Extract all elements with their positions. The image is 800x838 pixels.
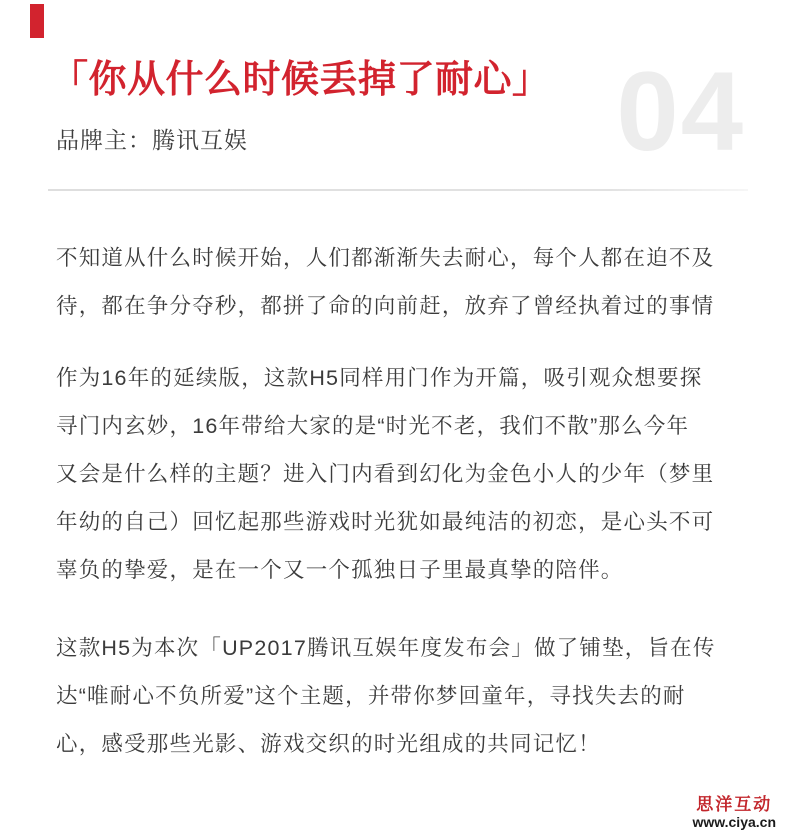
paragraph-line: 达“唯耐心不负所爱”这个主题，并带你梦回童年，寻找失去的耐 <box>56 672 748 720</box>
paragraph-3: 这款H5为本次「UP2017腾讯互娱年度发布会」做了铺垫，旨在传 达“唯耐心不负… <box>56 624 748 768</box>
red-accent-bar <box>30 4 44 38</box>
paragraph-line: 待，都在争分夺秒，都拼了命的向前赶，放弃了曾经执着过的事情 <box>56 282 748 330</box>
brand-owner-label: 品牌主：腾讯互娱 <box>56 122 248 155</box>
watermark-brand-name: 思洋互动 <box>692 796 776 815</box>
paragraph-line: 这款H5为本次「UP2017腾讯互娱年度发布会」做了铺垫，旨在传 <box>56 624 748 672</box>
paragraph-line: 寻门内玄妙，16年带给大家的是“时光不老，我们不散”那么今年 <box>56 402 748 450</box>
paragraph-line: 辜负的挚爱，是在一个又一个孤独日子里最真挚的陪伴。 <box>56 546 748 594</box>
paragraph-line: 不知道从什么时候开始，人们都渐渐失去耐心，每个人都在迫不及 <box>56 234 748 282</box>
watermark-site-url: www.ciya.cn <box>692 815 776 830</box>
paragraph-1: 不知道从什么时候开始，人们都渐渐失去耐心，每个人都在迫不及 待，都在争分夺秒，都… <box>56 234 748 330</box>
paragraph-line: 作为16年的延续版，这款H5同样用门作为开篇，吸引观众想要探 <box>56 354 748 402</box>
paragraph-2: 作为16年的延续版，这款H5同样用门作为开篇，吸引观众想要探 寻门内玄妙，16年… <box>56 354 748 594</box>
article-body: 不知道从什么时候开始，人们都渐渐失去耐心，每个人都在迫不及 待，都在争分夺秒，都… <box>56 234 748 792</box>
site-watermark: 思洋互动 www.ciya.cn <box>692 796 776 830</box>
paragraph-line: 年幼的自己）回忆起那些游戏时光犹如最纯洁的初恋，是心头不可 <box>56 498 748 546</box>
header-divider <box>48 189 748 191</box>
paragraph-line: 又会是什么样的主题？进入门内看到幻化为金色小人的少年（梦里 <box>56 450 748 498</box>
paragraph-line: 心，感受那些光影、游戏交织的时光组成的共同记忆！ <box>56 720 748 768</box>
article-page: 「你从什么时候丢掉了耐心」 品牌主：腾讯互娱 04 不知道从什么时候开始，人们都… <box>0 0 800 838</box>
section-index-number: 04 <box>616 56 745 168</box>
